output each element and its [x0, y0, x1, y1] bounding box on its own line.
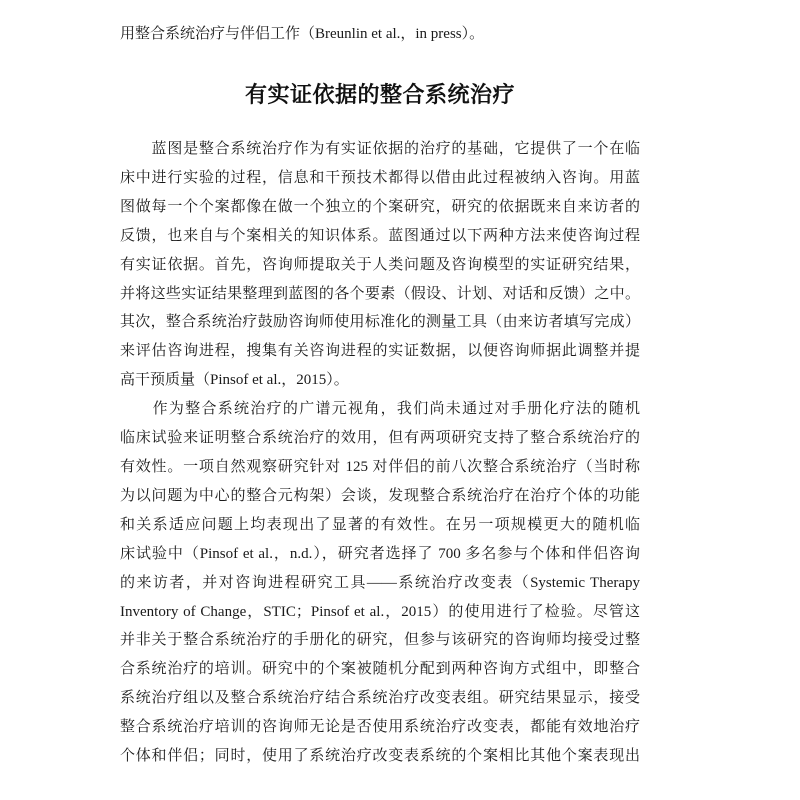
text-line: 高干预质量（Pinsof et al.，2015）。: [120, 366, 640, 395]
text-line: Inventory of Change，STIC；Pinsof et al.，2…: [120, 598, 640, 627]
text-line: 有实证依据。首先，咨询师提取关于人类问题及咨询模型的实证研究结果，: [120, 251, 640, 280]
carryover-text-line: 用整合系统治疗与伴侣工作（Breunlin et al.，in press）。: [120, 20, 640, 49]
paragraph-2: 作为整合系统治疗的广谱元视角，我们尚未通过对手册化疗法的随机 临床试验来证明整合…: [120, 395, 640, 771]
text-line: 有效性。一项自然观察研究针对 125 对伴侣的前八次整合系统治疗（当时称: [120, 453, 640, 482]
text-line: 其次，整合系统治疗鼓励咨询师使用标准化的测量工具（由来访者填写完成）: [120, 308, 640, 337]
text-line: 床试验中（Pinsof et al.，n.d.），研究者选择了 700 多名参与…: [120, 540, 640, 569]
text-line: 的来访者，并对咨询进程研究工具——系统治疗改变表（Systemic Therap…: [120, 569, 640, 598]
text-line: 临床试验来证明整合系统治疗的效用，但有两项研究支持了整合系统治疗的: [120, 424, 640, 453]
body-text: 蓝图是整合系统治疗作为有实证依据的治疗的基础，它提供了一个在临 床中进行实验的过…: [120, 135, 640, 771]
text-line: 并将这些实证结果整理到蓝图的各个要素（假设、计划、对话和反馈）之中。: [120, 280, 640, 309]
book-page: 用整合系统治疗与伴侣工作（Breunlin et al.，in press）。 …: [0, 0, 800, 800]
text-line: 和关系适应问题上均表现出了显著的有效性。在另一项规模更大的随机临: [120, 511, 640, 540]
text-line: 合系统治疗的培训。研究中的个案被随机分配到两种咨询方式组中，即整合: [120, 655, 640, 684]
section-heading: 有实证依据的整合系统治疗: [120, 80, 640, 110]
text-line: 作为整合系统治疗的广谱元视角，我们尚未通过对手册化疗法的随机: [120, 395, 640, 424]
text-line: 为以问题为中心的整合元构架）会谈，发现整合系统治疗在治疗个体的功能: [120, 482, 640, 511]
paragraph-1: 蓝图是整合系统治疗作为有实证依据的治疗的基础，它提供了一个在临 床中进行实验的过…: [120, 135, 640, 395]
text-line: 床中进行实验的过程，信息和干预技术都得以借由此过程被纳入咨询。用蓝: [120, 164, 640, 193]
text-line: 个体和伴侣；同时，使用了系统治疗改变表系统的个案相比其他个案表现出: [120, 742, 640, 771]
text-line: 来评估咨询进程，搜集有关咨询进程的实证数据，以便咨询师据此调整并提: [120, 337, 640, 366]
text-line: 并非关于整合系统治疗的手册化的研究，但参与该研究的咨询师均接受过整: [120, 626, 640, 655]
text-line: 反馈，也来自与个案相关的知识体系。蓝图通过以下两种方法来使咨询过程: [120, 222, 640, 251]
text-line: 蓝图是整合系统治疗作为有实证依据的治疗的基础，它提供了一个在临: [120, 135, 640, 164]
text-line: 系统治疗组以及整合系统治疗结合系统治疗改变表组。研究结果显示，接受: [120, 684, 640, 713]
text-line: 图做每一个个案都像在做一个独立的个案研究，研究的依据既来自来访者的: [120, 193, 640, 222]
text-line: 整合系统治疗培训的咨询师无论是否使用系统治疗改变表，都能有效地治疗: [120, 713, 640, 742]
